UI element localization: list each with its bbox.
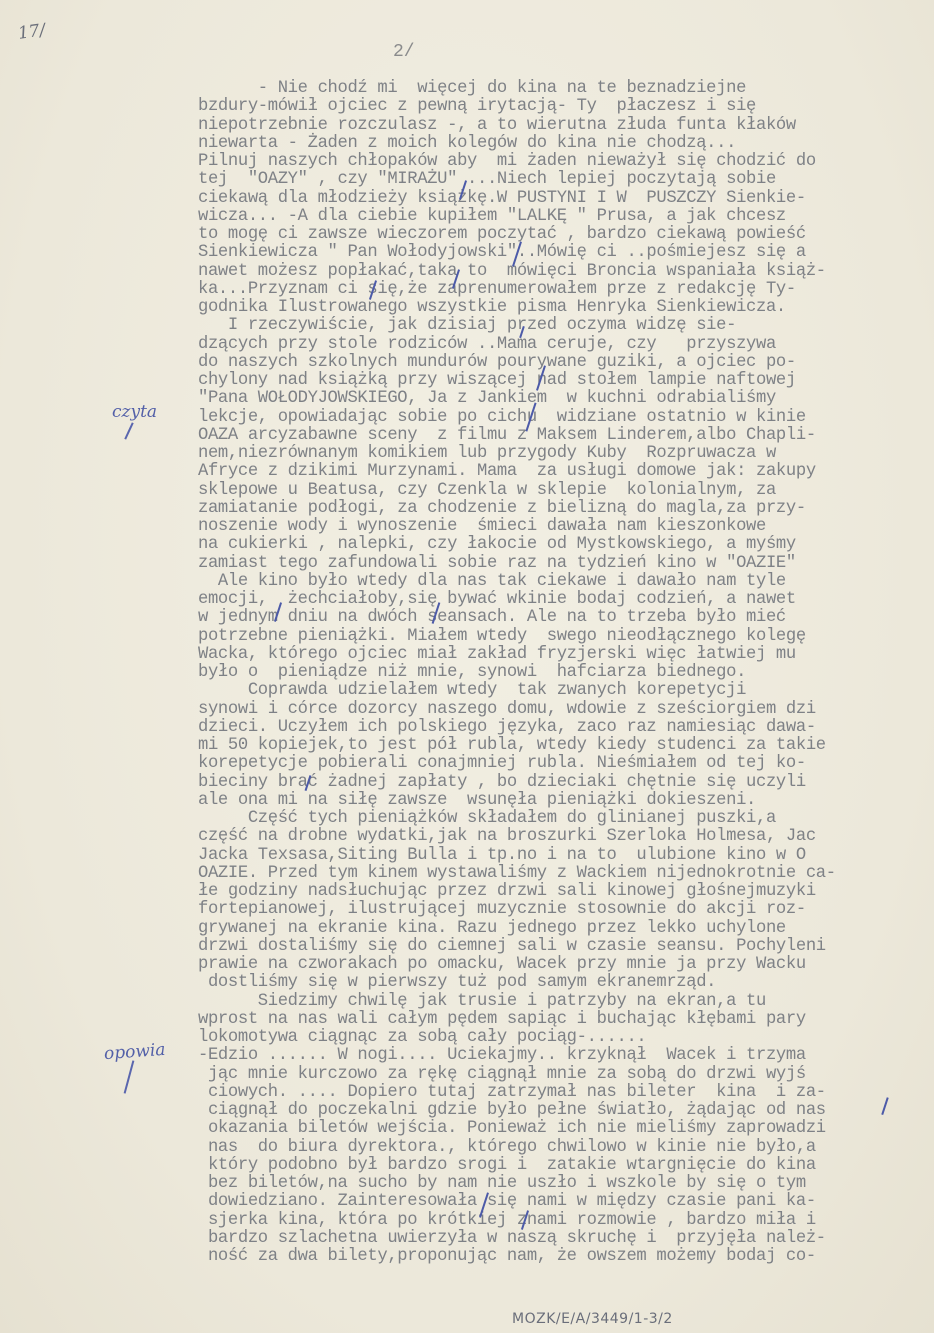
text-line: nawet możesz popłakać,taka to mówięci Br… bbox=[198, 263, 918, 281]
text-line: wprost na nas wali całym pędem sapiąc i … bbox=[198, 1011, 918, 1029]
text-line: Część tych pieniążków składałem do glini… bbox=[198, 810, 918, 828]
text-line: Afryce z dzikimi Murzynami. Mama za usłu… bbox=[198, 463, 918, 481]
text-line: tej "OAZY" , czy "MIRAŻU" ...Niech lepie… bbox=[198, 171, 918, 189]
text-line: I rzeczywiście, jak dzisiaj przed oczyma… bbox=[198, 317, 918, 335]
margin-pen-stroke bbox=[124, 422, 133, 439]
text-line: godnika Ilustrowanego wszystkie pisma He… bbox=[198, 299, 918, 317]
text-line: sklepowe u Beatusa, czy Czenkla w sklepi… bbox=[198, 482, 918, 500]
text-line: Ale kino było wtedy dla nas tak ciekawe … bbox=[198, 573, 918, 591]
text-line: -Edzio ...... W nogi.... Uciekajmy.. krz… bbox=[198, 1047, 918, 1065]
text-line: - Nie chodź mi więcej do kina na te bezn… bbox=[198, 80, 918, 98]
text-line: ciekawą dla młodzieży książkę.W PUSTYNI … bbox=[198, 190, 918, 208]
text-line: zamiatanie podłogi, za chodzenie z bieli… bbox=[198, 500, 918, 518]
text-line: do naszych szkolnych mundurów pourywane … bbox=[198, 354, 918, 372]
text-line: synowi i córce dozorcy naszego domu, wdo… bbox=[198, 701, 918, 719]
text-line: Coprawda udzielałem wtedy tak zwanych ko… bbox=[198, 682, 918, 700]
document-page: 17/ 2/ - Nie chodź mi więcej do kina na … bbox=[0, 0, 934, 1333]
text-line: niepotrzebnie rozczulasz -, a to wierutn… bbox=[198, 117, 918, 135]
typewritten-text: - Nie chodź mi więcej do kina na te bezn… bbox=[198, 80, 918, 1266]
text-line: to mogę ci zawsze wieczorem poczytać , b… bbox=[198, 226, 918, 244]
text-line: nem,niezrównanym komikiem lub przygody K… bbox=[198, 445, 918, 463]
text-line: ność za dwa bilety,proponując nam, że ow… bbox=[198, 1248, 918, 1266]
text-line: Wacka, którego ojciec miał zakład fryzje… bbox=[198, 646, 918, 664]
text-line: "Pana WOŁODYJOWSKIEGO, Ja z Jankiem w ku… bbox=[198, 390, 918, 408]
text-line: grywanej na ekranie kina. Razu jednego p… bbox=[198, 920, 918, 938]
text-line: okazania biletów wejścia. Ponieważ ich n… bbox=[198, 1120, 918, 1138]
text-line: który podobno był bardzo srogi i zatakie… bbox=[198, 1157, 918, 1175]
text-line: dostliśmy się w pierwszy tuż pod samym e… bbox=[198, 974, 918, 992]
text-line: część na drobne wydatki,jak na broszurki… bbox=[198, 828, 918, 846]
text-line: emocji, żechciałoby,się bywać wkinie bod… bbox=[198, 591, 918, 609]
text-line: potrzebne pieniążki. Miałem wtedy swego … bbox=[198, 628, 918, 646]
text-line: OAZA arcyzabawne sceny z filmu z Maksem … bbox=[198, 427, 918, 445]
text-line: lekcje, opowiadając sobie po cichu widzi… bbox=[198, 409, 918, 427]
page-number: 2/ bbox=[393, 42, 415, 62]
text-line: OAZIE. Przed tym kinem wystawaliśmy z Wa… bbox=[198, 865, 918, 883]
text-line: mi 50 kopiejek,to jest pół rubla, wtedy … bbox=[198, 737, 918, 755]
text-line: lokomotywa ciągnąc za sobą cały pociąg-.… bbox=[198, 1029, 918, 1047]
text-line: chylony nad książką przy wiszącej nad st… bbox=[198, 372, 918, 390]
text-line: w jednym dniu na dwóch seansach. Ale na … bbox=[198, 609, 918, 627]
text-line: dzieci. Uczyłem ich polskiego języka, za… bbox=[198, 719, 918, 737]
text-line: ale ona mi na siłę zawsze wsunęła pienią… bbox=[198, 792, 918, 810]
archive-signature: MOZK/E/A/3449/1-3/2 bbox=[512, 1311, 673, 1327]
margin-note-opowia: opowia bbox=[103, 1040, 166, 1064]
text-line: Jacka Texsasa,Siting Bulla i tp.no i na … bbox=[198, 847, 918, 865]
text-line: ciowych. .... Dopiero tutaj zatrzymał na… bbox=[198, 1084, 918, 1102]
margin-note-czyta: czyta bbox=[112, 402, 157, 422]
text-line: zamiast tego zafundowali sobie raz na ty… bbox=[198, 555, 918, 573]
text-line: noszenie wody i wynoszenie śmieci dawała… bbox=[198, 518, 918, 536]
text-line: łe godziny nadsłuchując przez drzwi sali… bbox=[198, 883, 918, 901]
text-line: bzdury-mówił ojciec z pewną irytacją- Ty… bbox=[198, 98, 918, 116]
text-line: fortepianowej, ilustrującej muzycznie st… bbox=[198, 901, 918, 919]
text-line: dowiedziano. Zainteresowała się nami w m… bbox=[198, 1193, 918, 1211]
text-line: dzących przy stole rodziców ..Mama ceruj… bbox=[198, 336, 918, 354]
text-line: korepetycje pobierali conajmniej rubla. … bbox=[198, 755, 918, 773]
text-line: sjerka kina, która po krótkiej znami roz… bbox=[198, 1212, 918, 1230]
text-line: prawie na czworakach po omacku, Wacek pr… bbox=[198, 956, 918, 974]
text-line: niewarta - Żaden z moich kolegów do kina… bbox=[198, 135, 918, 153]
text-line: nas do biura dyrektora., którego chwilow… bbox=[198, 1139, 918, 1157]
text-line: ka...Przyznam ci się,że zaprenumerowałem… bbox=[198, 281, 918, 299]
text-line: ciągnął do poczekalni gdzie było pełne ś… bbox=[198, 1102, 918, 1120]
text-line: wicza... -A dla ciebie kupiłem "LALKĘ " … bbox=[198, 208, 918, 226]
text-line: bardzo szlachetna uwierzyła w naszą skru… bbox=[198, 1230, 918, 1248]
text-line: Siedzimy chwilę jak trusie i patrzyby na… bbox=[198, 993, 918, 1011]
margin-pen-stroke bbox=[124, 1060, 135, 1093]
text-line: na cukierki , nalepki, czy łakocie od My… bbox=[198, 536, 918, 554]
text-line: bez biletów,na sucho by nam nie uszło i … bbox=[198, 1175, 918, 1193]
text-line: drzwi dostaliśmy się do ciemnej sali w c… bbox=[198, 938, 918, 956]
corner-page-note: 17/ bbox=[17, 20, 47, 44]
text-line: Sienkiewicza " Pan Wołodyjowski"..Mówię … bbox=[198, 244, 918, 262]
text-line: jąc mnie kurczowo za rękę ciągnął mnie z… bbox=[198, 1066, 918, 1084]
text-line: było o pieniądze niż mnie, synowi hafcia… bbox=[198, 664, 918, 682]
text-line: Pilnuj naszych chłopaków aby mi żaden ni… bbox=[198, 153, 918, 171]
